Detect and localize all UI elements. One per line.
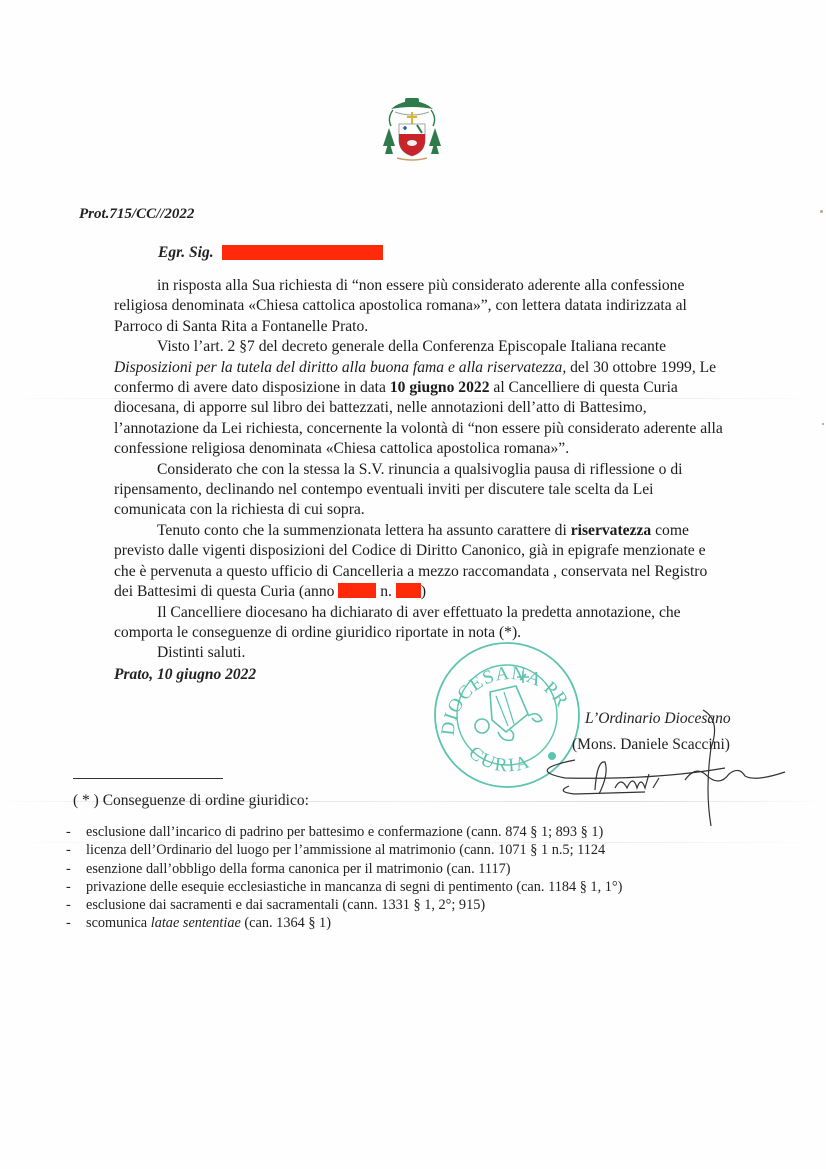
footnote-title: ( * ) Conseguenze di ordine giuridico: xyxy=(73,792,309,810)
scan-speck xyxy=(822,423,824,425)
handwritten-signature-icon xyxy=(535,700,795,830)
redacted-number xyxy=(396,583,421,598)
letter-body: in risposta alla Sua richiesta di “non e… xyxy=(114,276,724,664)
svg-text:CURIA: CURIA xyxy=(465,742,534,776)
paragraph-greeting: Distinti saluti. xyxy=(114,643,724,663)
decree-title: Disposizioni per la tutela del diritto a… xyxy=(114,359,566,376)
list-item: -licenza dell’Ordinario del luogo per l’… xyxy=(66,841,622,859)
paragraph-chancellor: Il Cancelliere diocesano ha dichiarato d… xyxy=(114,603,724,644)
footnote-separator xyxy=(73,778,223,779)
scan-artifact-line xyxy=(0,398,826,399)
list-item: -esclusione dai sacramenti e dai sacrame… xyxy=(66,896,622,914)
redacted-recipient-name xyxy=(222,245,383,260)
legal-consequences-list: -esclusione dall’incarico di padrino per… xyxy=(66,823,622,933)
protocol-number: Prot.715/CC//2022 xyxy=(79,206,194,223)
coat-of-arms-icon xyxy=(381,96,443,162)
place-date: Prato, 10 giugno 2022 xyxy=(114,666,256,684)
confidentiality-term: riservatezza xyxy=(571,522,652,539)
list-item: -esenzione dall’obbligo della forma cano… xyxy=(66,860,622,878)
redacted-year xyxy=(338,583,376,598)
scan-speck xyxy=(820,210,823,213)
salutation: Egr. Sig. xyxy=(158,244,214,262)
disposition-date: 10 giugno 2022 xyxy=(390,379,490,396)
paragraph-confidentiality: Tenuto conto che la summenzionata letter… xyxy=(114,521,724,603)
paragraph-response: in risposta alla Sua richiesta di “non e… xyxy=(114,276,724,337)
list-item: -privazione delle esequie ecclesiastiche… xyxy=(66,878,622,896)
list-item: -scomunica latae sententiae (can. 1364 §… xyxy=(66,914,622,932)
list-item: -esclusione dall’incarico di padrino per… xyxy=(66,823,622,841)
paragraph-considered: Considerato che con la stessa la S.V. ri… xyxy=(114,460,724,521)
